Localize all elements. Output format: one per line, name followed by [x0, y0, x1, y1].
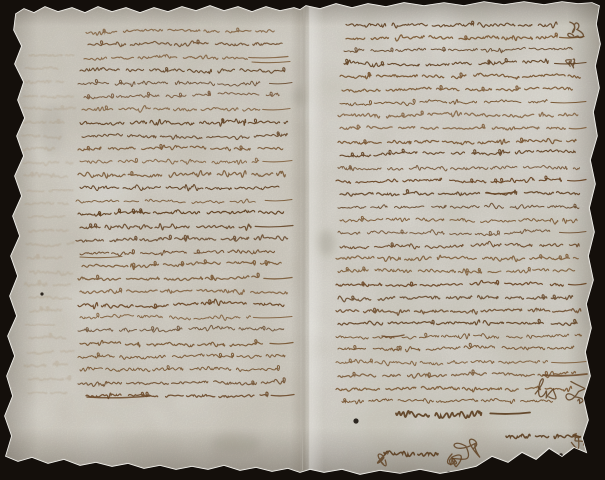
right-page-highlight	[312, 0, 605, 480]
manuscript-scan	[0, 0, 605, 480]
paper-surface	[0, 0, 605, 480]
manuscript-photo-stage	[0, 0, 605, 480]
ink-speck	[353, 418, 358, 423]
ink-speck	[40, 292, 43, 295]
page-fold	[290, 0, 324, 480]
